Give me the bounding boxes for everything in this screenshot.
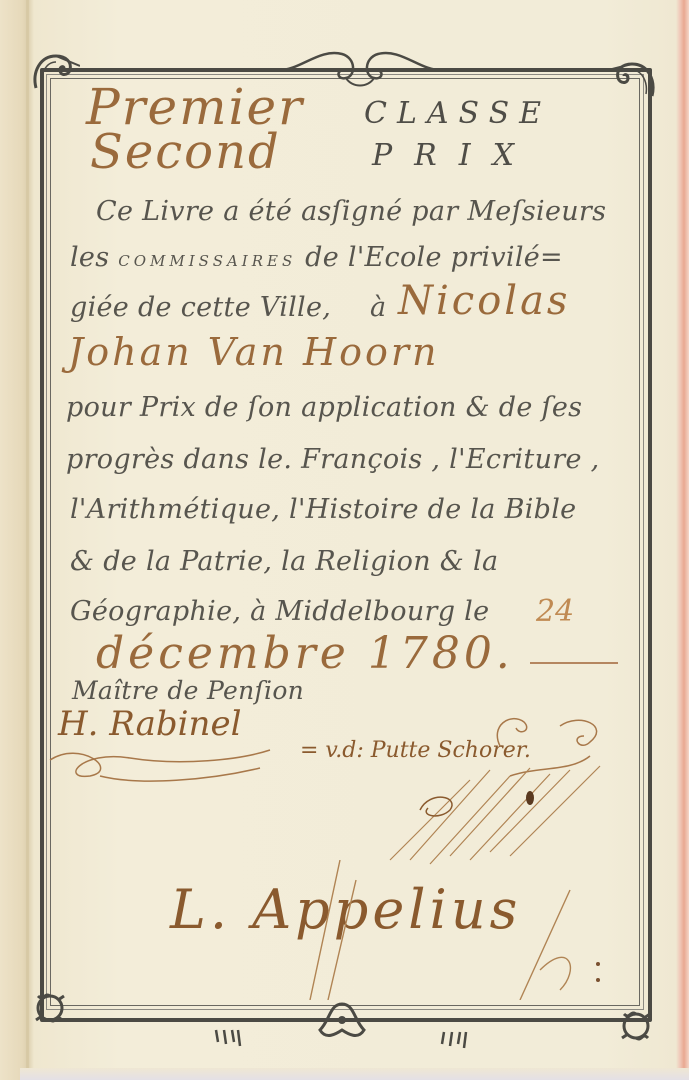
recipient-full-name: Johan Van Hoorn <box>68 330 440 374</box>
printed-prize-label: PRIX <box>372 138 536 173</box>
body-line-9: Géographie, à Middelbourg le <box>70 596 489 627</box>
corner-ornament-top-left-icon <box>30 48 80 92</box>
bottom-center-ornament-icon <box>312 1000 372 1042</box>
bottom-tassel-left-icon <box>212 1028 242 1048</box>
handwritten-prize-rank: Second <box>90 124 281 180</box>
signature-flourish-appelius-icon <box>270 860 610 1000</box>
body-line-3: giée de cette Ville, <box>70 292 331 323</box>
line2-prefix: les <box>70 242 109 273</box>
printed-class-label: CLASSE <box>364 96 551 131</box>
date-underline <box>530 662 618 664</box>
body-line-7: l'Arithmétique, l'Histoire de la Bible <box>70 494 576 525</box>
signature-rabinel: H. Rabinel <box>58 704 241 744</box>
page-bottom-edge <box>20 1068 689 1080</box>
body-line-3-a: à <box>370 292 386 323</box>
body-line-6: progrès dans le. François , l'Ecriture , <box>66 444 600 475</box>
page-gutter <box>26 0 29 1080</box>
signature-flourish-rabinel-icon <box>40 740 280 790</box>
bottom-tassel-right-icon <box>440 1030 470 1050</box>
corner-ornament-bottom-left-icon <box>28 986 72 1030</box>
line2-suffix: de l'Ecole privilé= <box>305 242 563 273</box>
body-line-2: les COMMISSAIRES de l'Ecole privilé= <box>70 242 563 273</box>
corner-ornament-bottom-right-icon <box>614 1004 658 1048</box>
date-day: 24 <box>536 594 574 629</box>
corner-ornament-top-right-icon <box>608 56 658 100</box>
body-line-1: Ce Livre a été asſigné par Meſsieurs <box>96 196 606 227</box>
body-line-8: & de la Patrie, la Religion & la <box>70 546 498 577</box>
date-month-year: décembre 1780. <box>96 628 514 679</box>
recipient-first-name: Nicolas <box>398 278 570 324</box>
commissaires-caps: COMMISSAIRES <box>118 252 296 270</box>
printed-role-label: Maître de Penſion <box>72 676 304 705</box>
signature-scribble-icon <box>380 760 620 870</box>
body-line-5: pour Prix de ſon application & de ſes <box>66 392 582 423</box>
